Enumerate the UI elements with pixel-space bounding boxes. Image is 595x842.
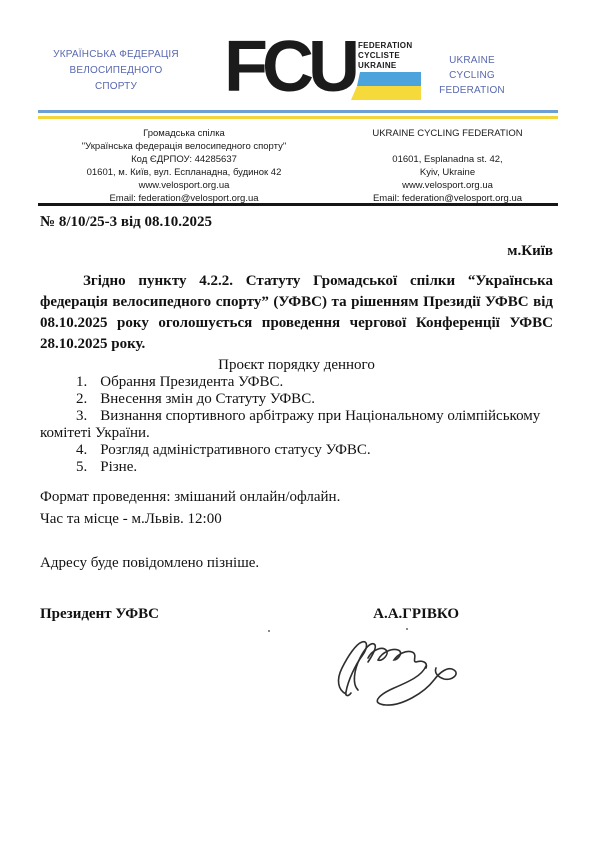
- contact-line: 01601, Esplanadna st. 42,: [330, 153, 565, 166]
- ukraine-flag-icon: [351, 72, 421, 106]
- event-details: Формат проведення: змішаний онлайн/офлай…: [40, 486, 553, 530]
- agenda-item-text: Визнання спортивного арбітражу при Націо…: [40, 408, 540, 441]
- org-name-ukrainian: УКРАЇНСЬКА ФЕДЕРАЦІЯ ВЕЛОСИПЕДНОГО СПОРТ…: [36, 47, 196, 95]
- agenda-item: 2.Внесення змін до Статуту УФВС.: [40, 391, 553, 408]
- agenda-item: 5.Різне.: [40, 459, 553, 476]
- agenda-item: 1.Обрання Президента УФВС.: [40, 374, 553, 391]
- fcu-logo-subtitle: FEDERATION CYCLISTE UKRAINE: [358, 41, 412, 71]
- org-name-line: UKRAINE: [426, 53, 518, 68]
- fcu-logo: FCU: [224, 33, 354, 101]
- signature-row: Президент УФВС А.А.ГРІВКО: [40, 604, 553, 625]
- agenda-item-number: 5.: [76, 459, 87, 475]
- contact-block-ukrainian: Громадська спілка "Українська федерація …: [55, 127, 313, 205]
- contact-block-english: UKRAINE CYCLING FEDERATION 01601, Esplan…: [330, 127, 565, 205]
- header-rule-yellow: [38, 116, 558, 119]
- letter-body: № 8/10/25-3 від 08.10.2025 м.Київ Згідно…: [40, 206, 553, 625]
- agenda-item-text: Розгляд адміністративного статусу УФВС.: [100, 442, 370, 458]
- intro-paragraph: Згідно пункту 4.2.2. Статуту Громадської…: [40, 271, 553, 355]
- agenda-item: 3.Визнання спортивного арбітражу при Нац…: [40, 408, 553, 442]
- contact-line: Громадська спілка: [55, 127, 313, 140]
- contact-line: Kyiv, Ukraine: [330, 166, 565, 179]
- org-name-line: УКРАЇНСЬКА ФЕДЕРАЦІЯ: [36, 47, 196, 63]
- org-name-line: FEDERATION: [426, 83, 518, 98]
- signatory-title: Президент УФВС: [40, 604, 159, 625]
- contact-line: "Українська федерація велосипедного спор…: [55, 140, 313, 153]
- ink-speck: [268, 630, 270, 632]
- agenda-item-number: 2.: [76, 391, 87, 407]
- contact-line: 01601, м. Київ, вул. Еспланадна, будинок…: [55, 166, 313, 179]
- city-label: м.Київ: [40, 241, 553, 262]
- document-page: УКРАЇНСЬКА ФЕДЕРАЦІЯ ВЕЛОСИПЕДНОГО СПОРТ…: [0, 0, 595, 842]
- agenda-title: Проєкт порядку денного: [40, 356, 553, 374]
- website-url: www.velosport.org.ua: [330, 179, 565, 192]
- fcu-subtitle-line: UKRAINE: [358, 61, 412, 71]
- document-number: № 8/10/25-3 від 08.10.2025: [40, 212, 553, 233]
- time-place-line: Час та місце - м.Львів. 12:00: [40, 508, 553, 530]
- agenda-item-number: 1.: [76, 374, 87, 390]
- signatory-name: А.А.ГРІВКО: [373, 604, 459, 625]
- org-name-line: СПОРТУ: [36, 79, 196, 95]
- agenda-item-number: 4.: [76, 442, 87, 458]
- header-rule-blue: [38, 110, 558, 113]
- org-name-line: ВЕЛОСИПЕДНОГО: [36, 63, 196, 79]
- address-notice: Адресу буде повідомлено пізніше.: [40, 552, 553, 574]
- agenda-item: 4.Розгляд адміністративного статусу УФВС…: [40, 442, 553, 459]
- org-name-english: UKRAINE CYCLING FEDERATION: [426, 53, 518, 98]
- contact-title: UKRAINE CYCLING FEDERATION: [330, 127, 565, 140]
- fcu-subtitle-line: CYCLISTE: [358, 51, 412, 61]
- handwritten-signature-image: [312, 636, 472, 721]
- contact-address: 01601, Esplanadna st. 42, Kyiv, Ukraine …: [330, 153, 565, 205]
- ink-speck: [406, 628, 408, 630]
- agenda-item-text: Різне.: [100, 459, 137, 475]
- format-line: Формат проведення: змішаний онлайн/офлай…: [40, 486, 553, 508]
- org-name-line: CYCLING: [426, 68, 518, 83]
- agenda-item-text: Внесення змін до Статуту УФВС.: [100, 391, 315, 407]
- agenda-list: 1.Обрання Президента УФВС. 2.Внесення зм…: [40, 374, 553, 476]
- agenda-item-number: 3.: [76, 408, 87, 424]
- agenda-item-text: Обрання Президента УФВС.: [100, 374, 283, 390]
- contact-line: Код ЄДРПОУ: 44285637: [55, 153, 313, 166]
- fcu-subtitle-line: FEDERATION: [358, 41, 412, 51]
- website-url: www.velosport.org.ua: [55, 179, 313, 192]
